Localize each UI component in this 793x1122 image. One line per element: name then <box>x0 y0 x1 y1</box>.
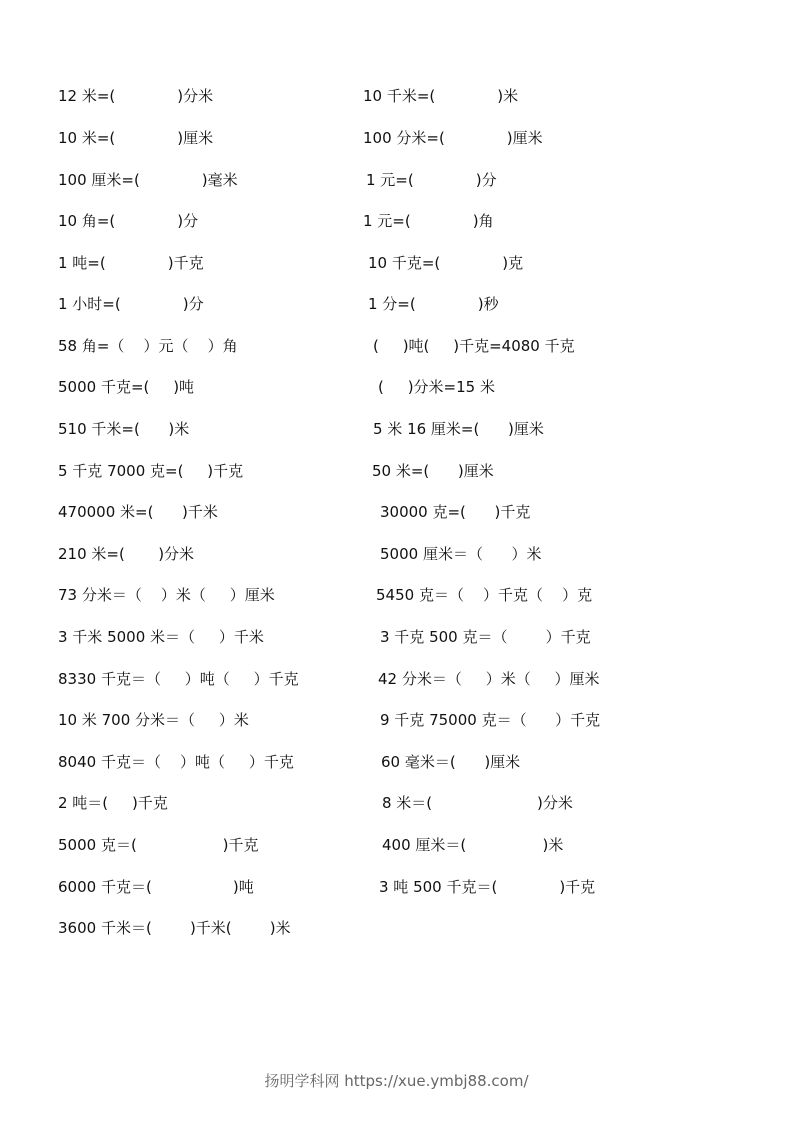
conversion-problem: 3 千克 500 克＝（ ）千克 <box>380 627 591 647</box>
conversion-problem: 8330 千克＝（ ）吨（ ）千克 <box>58 669 299 689</box>
conversion-problem: 50 米=( )厘米 <box>372 461 494 481</box>
conversion-problem: 10 角=( )分 <box>58 211 198 231</box>
footer-watermark: 扬明学科网 https://xue.ymbj88.com/ <box>0 1070 793 1091</box>
conversion-problem: 5450 克＝（ ）千克（ ）克 <box>376 585 592 605</box>
conversion-problem: 9 千克 75000 克＝（ ）千克 <box>380 710 600 730</box>
conversion-problem: 3 吨 500 千克＝( )千克 <box>379 877 595 897</box>
conversion-problem: 73 分米＝（ ）米（ ）厘米 <box>58 585 275 605</box>
conversion-problem: 3600 千米＝( )千米( )米 <box>58 918 291 938</box>
conversion-problem: 1 小时=( )分 <box>58 294 204 314</box>
conversion-problem: 1 吨=( )千克 <box>58 253 204 273</box>
conversion-problem: 10 米=( )厘米 <box>58 128 213 148</box>
conversion-problem: 12 米=( )分米 <box>58 86 213 106</box>
conversion-problem: 1 元=( )分 <box>366 170 497 190</box>
conversion-problem: 510 千米=( )米 <box>58 419 189 439</box>
conversion-problem: ( )吨( )千克=4080 千克 <box>373 336 575 356</box>
conversion-problem: 100 厘米=( )毫米 <box>58 170 238 190</box>
conversion-problem: 400 厘米＝( )米 <box>382 835 563 855</box>
conversion-problem: 100 分米=( )厘米 <box>363 128 543 148</box>
conversion-problem: 1 元=( )角 <box>363 211 494 231</box>
conversion-problem: 470000 米=( )千米 <box>58 502 218 522</box>
conversion-problem: 5000 厘米＝（ ）米 <box>380 544 542 564</box>
conversion-problem: 60 毫米＝( )厘米 <box>381 752 520 772</box>
conversion-problem: 5000 千克=( )吨 <box>58 377 194 397</box>
conversion-problem: 8 米＝( )分米 <box>382 793 573 813</box>
conversion-problem: 58 角=（ ）元（ ）角 <box>58 336 238 356</box>
conversion-problem: 2 吨＝( )千克 <box>58 793 168 813</box>
conversion-problem: 5 米 16 厘米=( )厘米 <box>373 419 544 439</box>
conversion-problem: 10 千克=( )克 <box>368 253 523 273</box>
conversion-problem: ( )分米=15 米 <box>378 377 495 397</box>
conversion-problem: 3 千米 5000 米＝（ ）千米 <box>58 627 264 647</box>
conversion-problem: 5 千克 7000 克=( )千克 <box>58 461 243 481</box>
conversion-problem: 8040 千克＝（ ）吨（ ）千克 <box>58 752 294 772</box>
conversion-problem: 210 米=( )分米 <box>58 544 194 564</box>
conversion-problem: 10 米 700 分米＝（ ）米 <box>58 710 249 730</box>
conversion-problem: 1 分=( )秒 <box>368 294 499 314</box>
conversion-problem: 5000 克＝( )千克 <box>58 835 258 855</box>
conversion-problem: 30000 克=( )千克 <box>380 502 530 522</box>
conversion-problem: 10 千米=( )米 <box>363 86 518 106</box>
conversion-problem: 42 分米＝（ ）米（ ）厘米 <box>378 669 600 689</box>
conversion-problem: 6000 千克＝( )吨 <box>58 877 254 897</box>
worksheet-page: 12 米=( )分米10 米=( )厘米100 厘米=( )毫米10 角=( )… <box>0 0 793 1122</box>
